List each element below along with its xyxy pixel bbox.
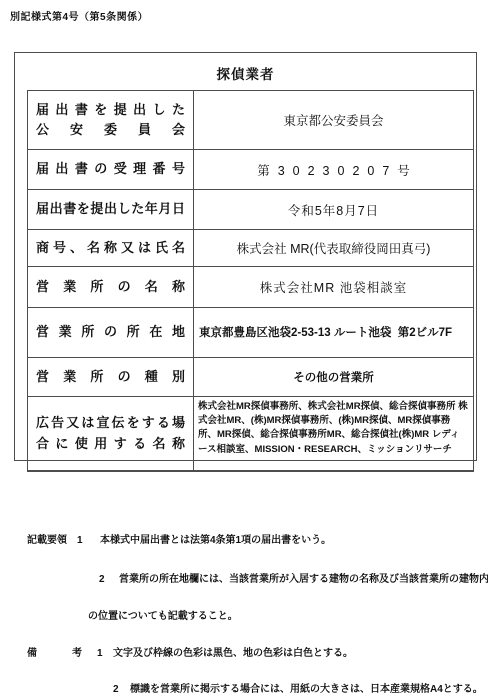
detective-registration-table: 届出書を提出した 公安委員会 東京都公安委員会 届出書の受理番号 第302302… (27, 90, 474, 472)
row-label-text: 広告又は宣伝をする場 合に使用する名称 (36, 413, 185, 453)
row-value-advertising-names: 株式会社MR探偵事務所、株式会社MR探偵、総合探偵事務所 株式会社MR、(株)M… (194, 397, 473, 470)
table-row-office-type: 営業所の種別 その他の営業所 (28, 358, 473, 397)
notes-biko-item1-text: 文字及び枠線の色彩は黒色、地の色彩は白色とする。 (113, 647, 353, 660)
notes-biko-item1-number: 1 (97, 647, 103, 660)
row-label-office-type: 営業所の種別 (28, 358, 194, 396)
row-label-submission-date: 届出書を提出した年月日 (28, 190, 194, 229)
row-label-text: 営業所の所在地 (36, 322, 185, 342)
table-row-office-address: 営業所の所在地 東京都豊島区池袋2-53-13 ルート池袋 第2ビル7F (28, 308, 473, 358)
row-value-office-address: 東京都豊島区池袋2-53-13 ルート池袋 第2ビル7F (194, 308, 473, 357)
row-label-receipt-number: 届出書の受理番号 (28, 150, 194, 189)
row-label-text: 営業所の種別 (36, 367, 185, 387)
row-label-text: 営業所の名称 (36, 277, 185, 297)
notes-biko-header-left: 備 (27, 647, 37, 660)
row-value-receipt-number: 第30230207号 (194, 150, 473, 189)
table-row-trade-name: 商号、名称又は氏名 株式会社 MR(代表取締役岡田真弓) (28, 230, 473, 267)
form-code-label: 別記様式第4号（第5条関係） (10, 8, 148, 23)
row-label-office-address: 営業所の所在地 (28, 308, 194, 357)
table-row-submission-date: 届出書を提出した年月日 令和5年8月7日 (28, 190, 473, 230)
table-row-advertising-names: 広告又は宣伝をする場 合に使用する名称 株式会社MR探偵事務所、株式会社MR探偵… (28, 397, 473, 471)
notes-biko-item2-text: 標識を営業所に掲示する場合には、用紙の大きさは、日本産業規格A4とする。 (130, 683, 483, 696)
row-value-office-name: 株式会社MR 池袋相談室 (194, 267, 473, 307)
table-row-office-name: 営業所の名称 株式会社MR 池袋相談室 (28, 267, 473, 308)
notes-kisai-item2-number: 2 (99, 573, 105, 586)
row-label-commission: 届出書を提出した 公安委員会 (28, 91, 194, 149)
notes-kisai-item1-text: 本様式中届出書とは法第4条第1項の届出書をいう。 (100, 534, 331, 547)
notes-kisai-item2-continuation: の位置についても記載すること。 (88, 610, 238, 623)
row-label-text: 届出書を提出した 公安委員会 (36, 100, 185, 140)
table-row-commission: 届出書を提出した 公安委員会 東京都公安委員会 (28, 91, 473, 150)
row-label-text: 商号、名称又は氏名 (36, 238, 185, 258)
notes-biko-header-right: 考 (72, 647, 82, 660)
notes-kisai-item1-number: 1 (77, 534, 83, 547)
row-label-advertising-names: 広告又は宣伝をする場 合に使用する名称 (28, 397, 194, 470)
row-value-trade-name: 株式会社 MR(代表取締役岡田真弓) (194, 230, 473, 266)
table-title: 探偵業者 (15, 63, 476, 83)
notes-kisai-header: 記載要領 (27, 534, 67, 547)
notes-kisai-item2-text: 営業所の所在地欄には、当該営業所が入居する建物の名称及び当該営業所の建物内 (119, 573, 488, 586)
row-label-trade-name: 商号、名称又は氏名 (28, 230, 194, 266)
table-row-receipt-number: 届出書の受理番号 第30230207号 (28, 150, 473, 190)
row-value-office-type: その他の営業所 (194, 358, 473, 396)
document-page: 別記様式第4号（第5条関係） 探偵業者 届出書を提出した 公安委員会 東京都公安… (0, 0, 488, 698)
row-label-text: 届出書を提出した年月日 (36, 199, 185, 219)
row-value-commission: 東京都公安委員会 (194, 91, 473, 149)
row-label-office-name: 営業所の名称 (28, 267, 194, 307)
row-label-text: 届出書の受理番号 (36, 159, 185, 179)
row-value-submission-date: 令和5年8月7日 (194, 190, 473, 229)
notes-biko-item2-number: 2 (113, 683, 119, 696)
